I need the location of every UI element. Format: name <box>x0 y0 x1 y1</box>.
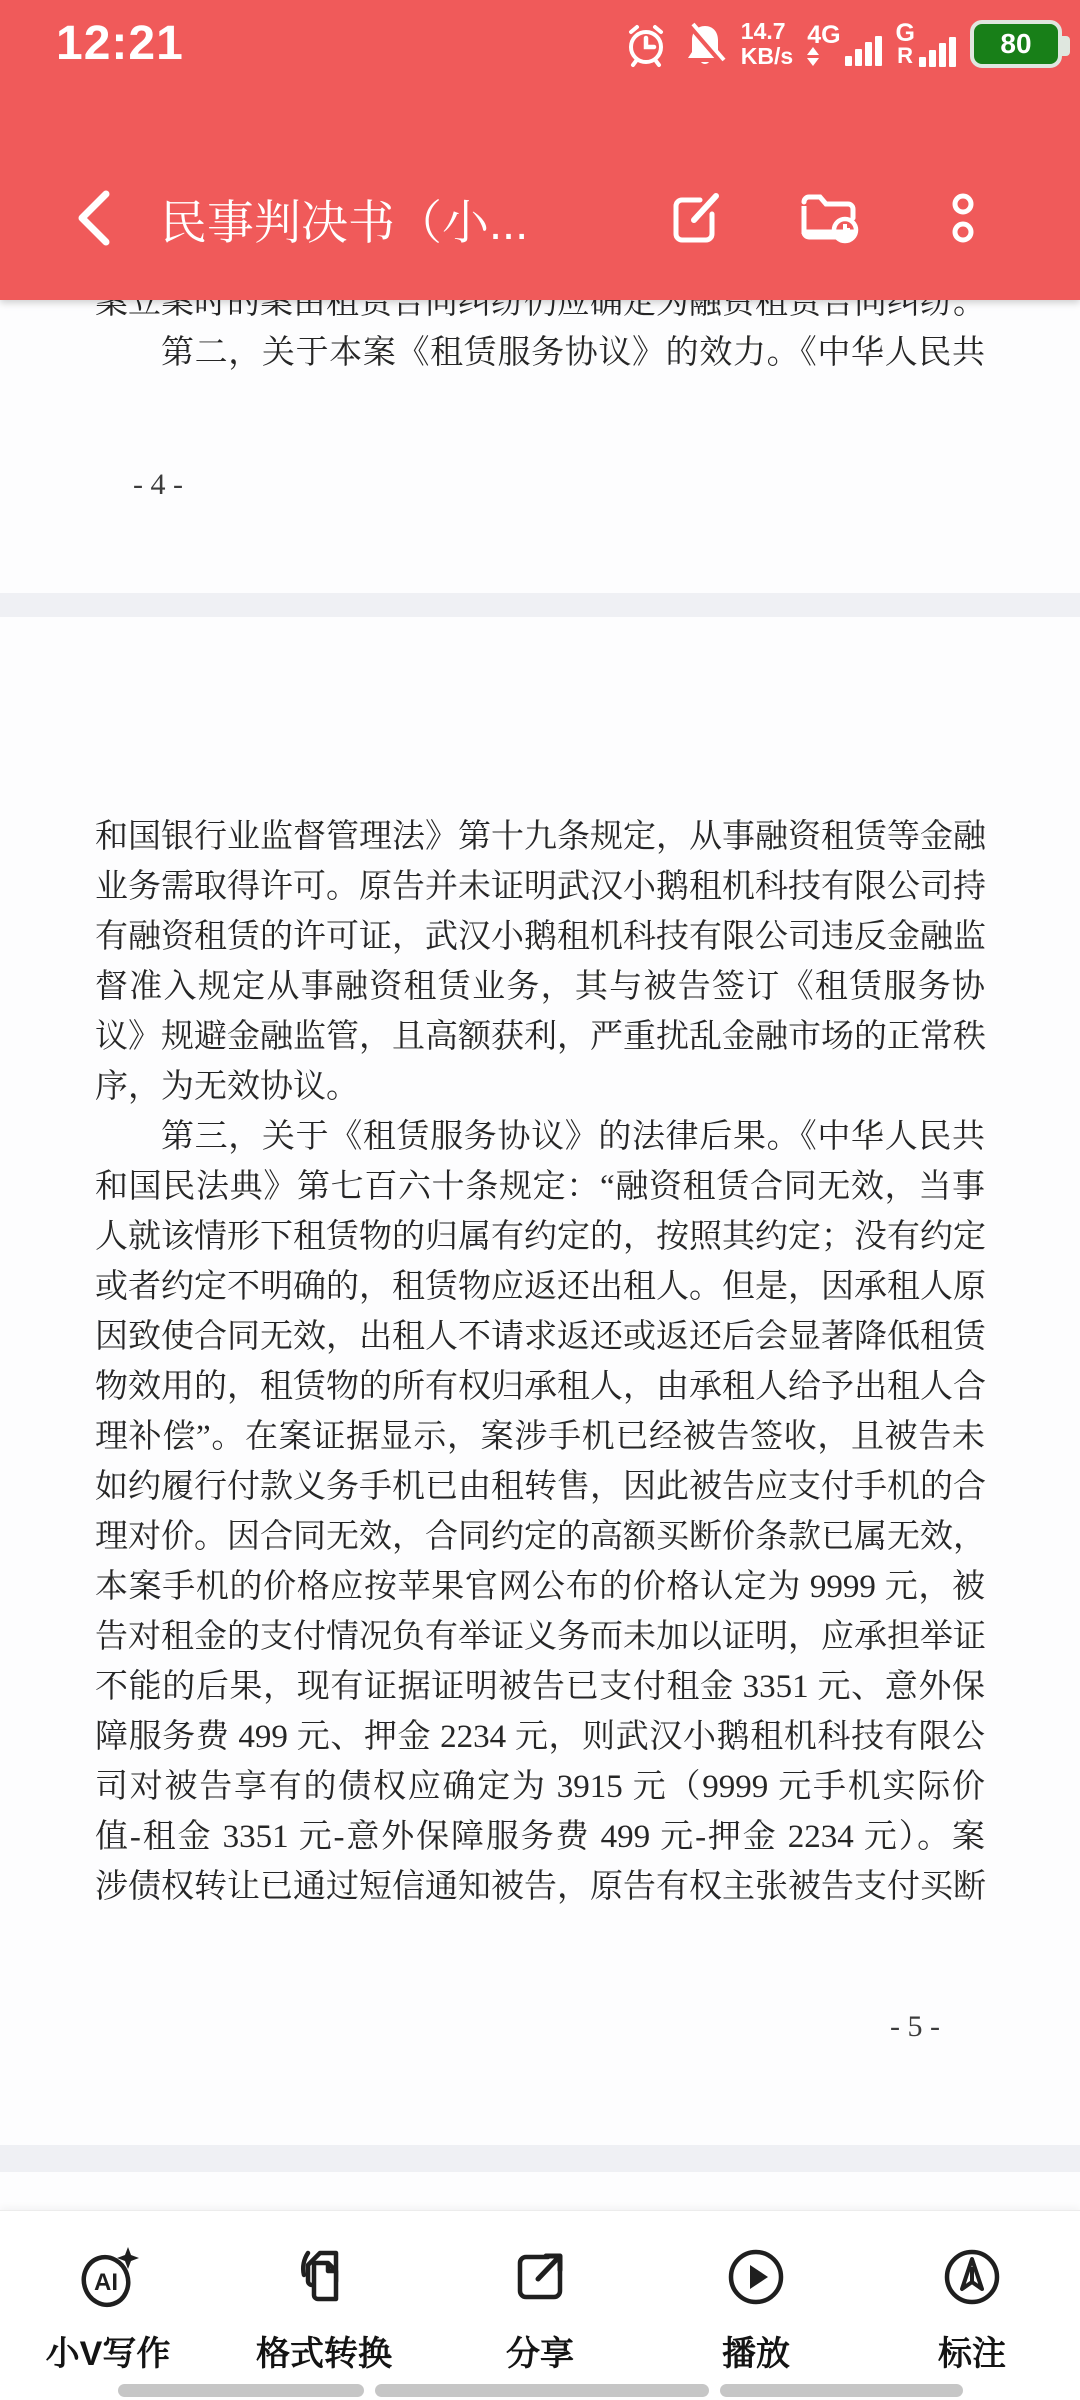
ai-writer-button[interactable]: AI 小V写作 <box>0 2211 216 2375</box>
text-line: 理对价。因合同无效，合同约定的高额买断价条款已属无效， <box>95 1512 985 1562</box>
more-icon <box>946 235 980 252</box>
annotate-icon <box>940 2245 1004 2314</box>
screen: 12:21 <box>0 0 1080 2400</box>
sim2-signal: G R <box>896 21 956 67</box>
text-line: 司对被告享有的债权应确定为 3915 元（9999 元手机实际价 <box>95 1762 985 1812</box>
text-line: 涉债权转让已通过短信通知被告，原告有权主张被告支付买断 <box>95 1862 985 1912</box>
text-line: 业务需取得许可。原告并未证明武汉小鹅租机科技有限公司持 <box>95 862 985 912</box>
text-line: 第二，关于本案《租赁服务协议》的效力。《中华人民共 <box>95 328 985 378</box>
sim1-signal: 4G <box>807 23 881 66</box>
text-line: 理补偿”。在案证据显示，案涉手机已经被告签收，且被告未 <box>95 1412 985 1462</box>
share-button[interactable]: 分享 <box>432 2211 648 2375</box>
text-line: 督准入规定从事融资租赁业务，其与被告签订《租赁服务协 <box>95 962 985 1012</box>
text-line: 告对租金的支付情况负有举证义务而未加以证明，应承担举证 <box>95 1612 985 1662</box>
bottom-handle-bar[interactable] <box>375 2384 709 2397</box>
header-area: 12:21 <box>0 0 1080 300</box>
text-line: 人就该情形下租赁物的归属有约定的，按照其约定；没有约定 <box>95 1212 985 1262</box>
document-page-4[interactable]: 案立案时的案由租赁合同纠纷仍应确定为融资租赁合同纠纷。第二，关于本案《租赁服务协… <box>0 300 1080 593</box>
text-line: 物效用的，租赁物的所有权归承租人，由承租人给予出租人合 <box>95 1362 985 1412</box>
play-button[interactable]: 播放 <box>648 2211 864 2375</box>
battery-indicator: 80 <box>970 20 1062 68</box>
document-title: 民事判决书（小... <box>160 186 720 253</box>
sim2-network-type: G <box>896 21 915 45</box>
edit-icon <box>668 235 728 252</box>
alarm-icon <box>623 20 669 68</box>
sim1-signal-bars <box>845 36 882 66</box>
text-line: 本案手机的价格应按苹果官网公布的价格认定为 9999 元，被 <box>95 1562 985 1612</box>
text-line: 障服务费 499 元、押金 2234 元，则武汉小鹅租机科技有限公 <box>95 1712 985 1762</box>
text-line: 案立案时的案由租赁合同纠纷仍应确定为融资租赁合同纠纷。 <box>95 300 985 328</box>
tool-label: 格式转换 <box>256 2326 392 2375</box>
tool-label: 播放 <box>722 2326 790 2375</box>
text-line: 不能的后果，现有证据证明被告已支付租金 3351 元、意外保 <box>95 1662 985 1712</box>
ai-writer-icon: AI <box>76 2245 140 2314</box>
document-page-5[interactable]: 和国银行业监督管理法》第十九条规定，从事融资租赁等金融业务需取得许可。原告并未证… <box>0 617 1080 2145</box>
status-time: 12:21 <box>56 16 184 71</box>
back-button[interactable] <box>66 186 126 250</box>
page-number-5: - 5 - <box>95 2007 985 2047</box>
more-options-button[interactable] <box>946 188 1006 248</box>
text-line: 序，为无效协议。 <box>95 1062 985 1112</box>
network-speed-value: 14.7 <box>741 19 793 44</box>
edit-button[interactable] <box>668 188 728 248</box>
recent-files-button[interactable] <box>798 188 858 248</box>
svg-text:AI: AI <box>94 2269 118 2296</box>
page-number-4: - 4 - <box>95 465 985 505</box>
text-line: 和国民法典》第七百六十条规定：“融资租赁合同无效，当事 <box>95 1162 985 1212</box>
text-line: 或者约定不明确的，租赁物应返还出租人。但是，因承租人原 <box>95 1262 985 1312</box>
bottom-toolbar: AI 小V写作 格式转换 <box>0 2210 1080 2400</box>
mute-bell-icon <box>683 20 727 68</box>
text-line: 如约履行付款义务手机已由租转售，因此被告应支付手机的合 <box>95 1462 985 1512</box>
play-icon <box>724 2245 788 2314</box>
tool-label: 分享 <box>506 2326 574 2375</box>
sim1-network-type: 4G <box>807 23 840 47</box>
annotate-button[interactable]: 标注 <box>864 2211 1080 2375</box>
format-convert-button[interactable]: 格式转换 <box>216 2211 432 2375</box>
format-convert-icon <box>292 2245 356 2314</box>
page-separator <box>0 2145 1080 2172</box>
text-line: 和国银行业监督管理法》第十九条规定，从事融资租赁等金融 <box>95 812 985 862</box>
tool-label: 小V写作 <box>46 2326 171 2375</box>
share-icon <box>508 2245 572 2314</box>
text-line: 议》规避金融监管，且高额获利，严重扰乱金融市场的正常秩 <box>95 1012 985 1062</box>
app-bar: 民事判决书（小... <box>0 168 1080 268</box>
status-bar: 12:21 <box>0 14 1080 74</box>
bottom-handle-bar[interactable] <box>118 2384 364 2397</box>
text-line: 因致使合同无效，出租人不请求返还或返还后会显著降低租赁 <box>95 1312 985 1362</box>
document-view[interactable]: 案立案时的案由租赁合同纠纷仍应确定为融资租赁合同纠纷。第二，关于本案《租赁服务协… <box>0 300 1080 2217</box>
page-separator <box>0 593 1080 617</box>
text-line: 值-租金 3351 元-意外保障服务费 499 元-押金 2234 元）。案 <box>95 1812 985 1862</box>
sim2-roaming-indicator: R <box>897 45 913 67</box>
text-line: 有融资租赁的许可证，武汉小鹅租机科技有限公司违反金融监 <box>95 912 985 962</box>
sim2-signal-bars <box>919 37 956 67</box>
network-speed: 14.7 KB/s <box>741 19 793 69</box>
tool-label: 标注 <box>938 2326 1006 2375</box>
battery-percent: 80 <box>1000 28 1031 60</box>
text-line: 第三，关于《租赁服务协议》的法律后果。《中华人民共 <box>95 1112 985 1162</box>
bottom-handle-bar[interactable] <box>720 2384 963 2397</box>
data-traffic-arrows <box>807 47 819 66</box>
folder-recent-icon <box>798 235 860 252</box>
network-speed-unit: KB/s <box>741 44 793 69</box>
